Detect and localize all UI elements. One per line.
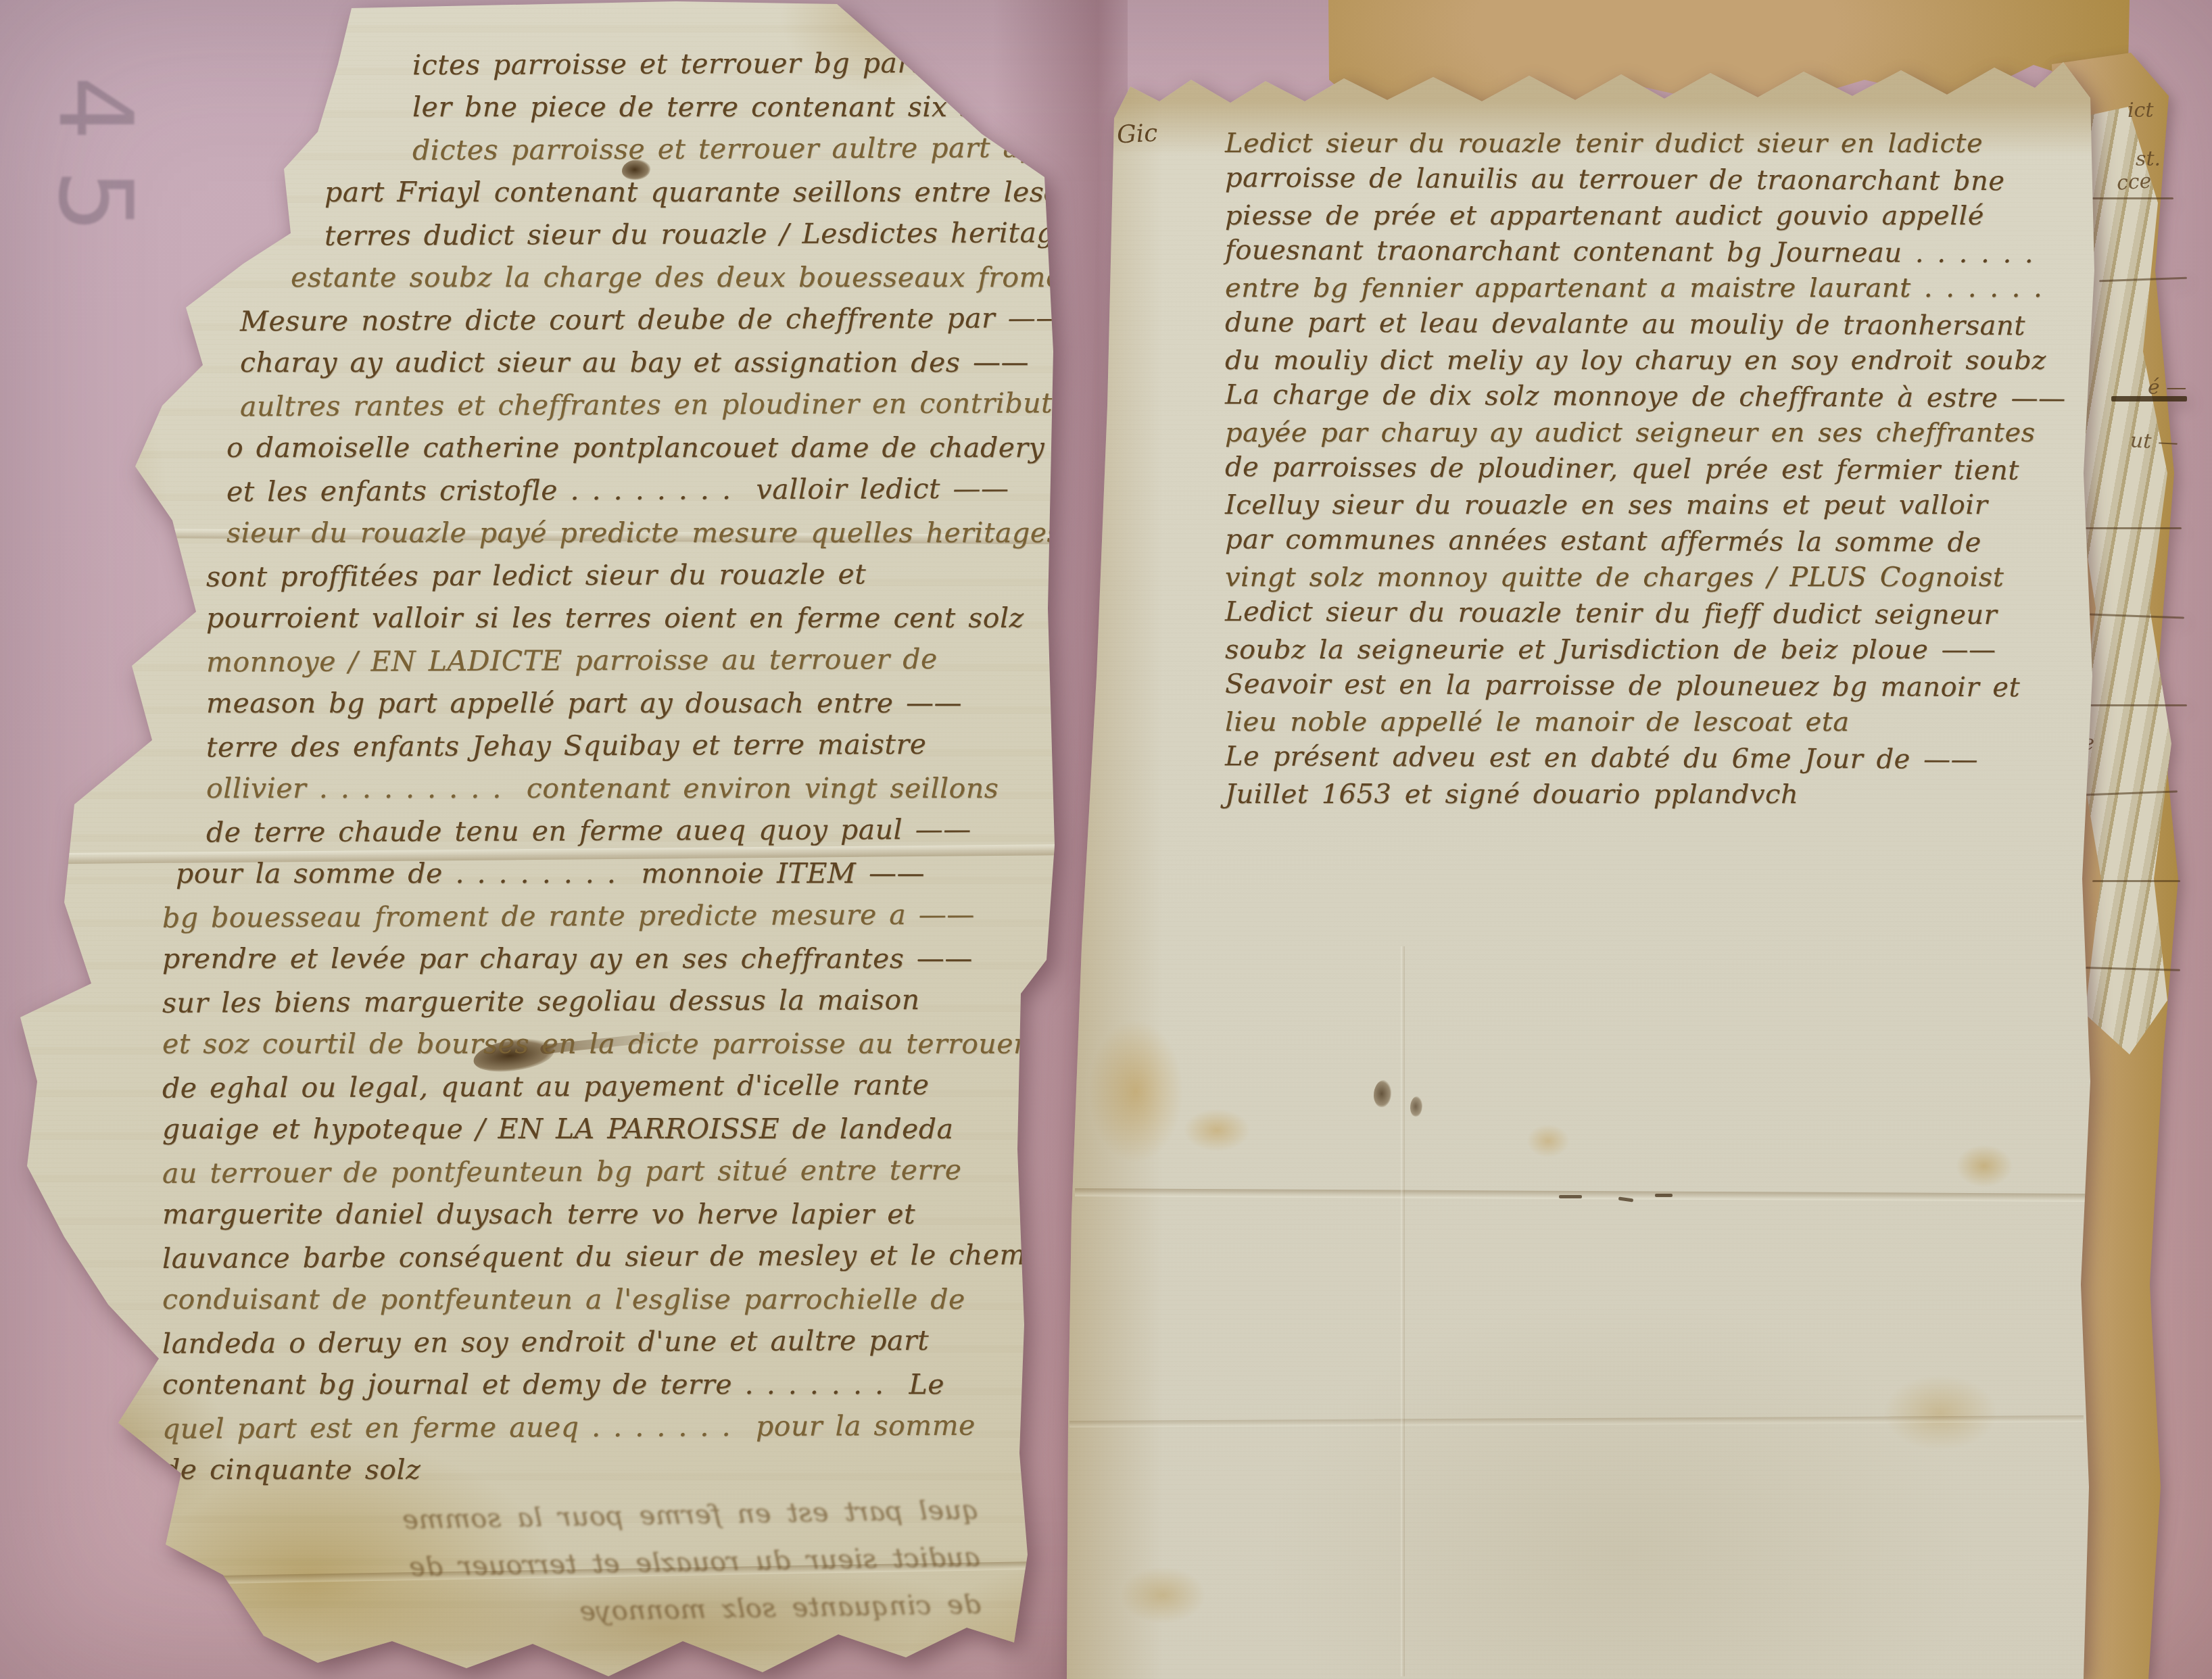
manuscript-line: parroisse de lanuilis au terrouer de tra… <box>1225 160 2090 200</box>
manuscript-line: Icelluy sieur du rouazle en ses mains et… <box>1225 487 2090 524</box>
margin-note: Gic <box>1116 119 1159 149</box>
ink-speck <box>1410 1096 1422 1117</box>
manuscript-line: par communes années estant affermés la s… <box>1225 522 2090 562</box>
manuscript-line: Ledict sieur du rouazle tenir dudict sie… <box>1225 126 2090 162</box>
manuscript-line: fouesnant traonarchant contenant bg Jour… <box>1225 233 2090 272</box>
manuscript-line: du mouliy dict meliy ay loy charuy en so… <box>1225 343 2090 379</box>
manuscript-line: Ledict sieur du rouazle tenir du fieff d… <box>1225 594 2090 634</box>
fold-crease <box>1075 1188 2089 1202</box>
manuscript-line: piesse de prée et appartenant audict gou… <box>1225 198 2090 235</box>
right-page-text: Ledict sieur du rouazle tenir dudict sie… <box>1225 126 2090 813</box>
manuscript-line: lieu noble appellé le manoir de lescoat … <box>1225 704 2090 741</box>
manuscript-line: Le présent adveu est en dabté du 6me Jou… <box>1225 739 2090 779</box>
manuscript-line: de parroisses de ploudiner, quel prée es… <box>1225 449 2090 489</box>
manuscript-photo: 45 ictst.cceé —ut —ne ictes pa <box>0 0 2212 1679</box>
ink-tick <box>1655 1194 1673 1197</box>
manuscript-line: dune part et leau devalante au mouliy de… <box>1225 305 2090 345</box>
manuscript-line: Seavoir est en la parroisse de plouneuez… <box>1225 666 2090 706</box>
ink-tick <box>1559 1195 1582 1198</box>
manuscript-line: payée par charuy ay audict seigneur en s… <box>1225 415 2090 452</box>
manuscript-line: entre bg fennier appartenant a maistre l… <box>1225 270 2090 307</box>
ink-speck <box>1374 1080 1391 1107</box>
ink-tick <box>1618 1196 1633 1202</box>
fold-crease <box>1069 1415 2084 1428</box>
fold-crease <box>1401 946 1405 1676</box>
manuscript-line: Juillet 1653 et signé douario pplandvch <box>1225 777 2090 813</box>
manuscript-line: vingt solz monnoy quitte de charges / PL… <box>1225 560 2090 596</box>
right-manuscript-page: Gic Ledict sieur du rouazle tenir dudict… <box>0 0 2212 1679</box>
manuscript-line: soubz la seigneurie et Jurisdiction de b… <box>1225 632 2090 668</box>
manuscript-line: La charge de dix solz monnoye de cheffra… <box>1225 377 2090 417</box>
right-page-layer: Gic Ledict sieur du rouazle tenir dudict… <box>0 0 2212 1679</box>
